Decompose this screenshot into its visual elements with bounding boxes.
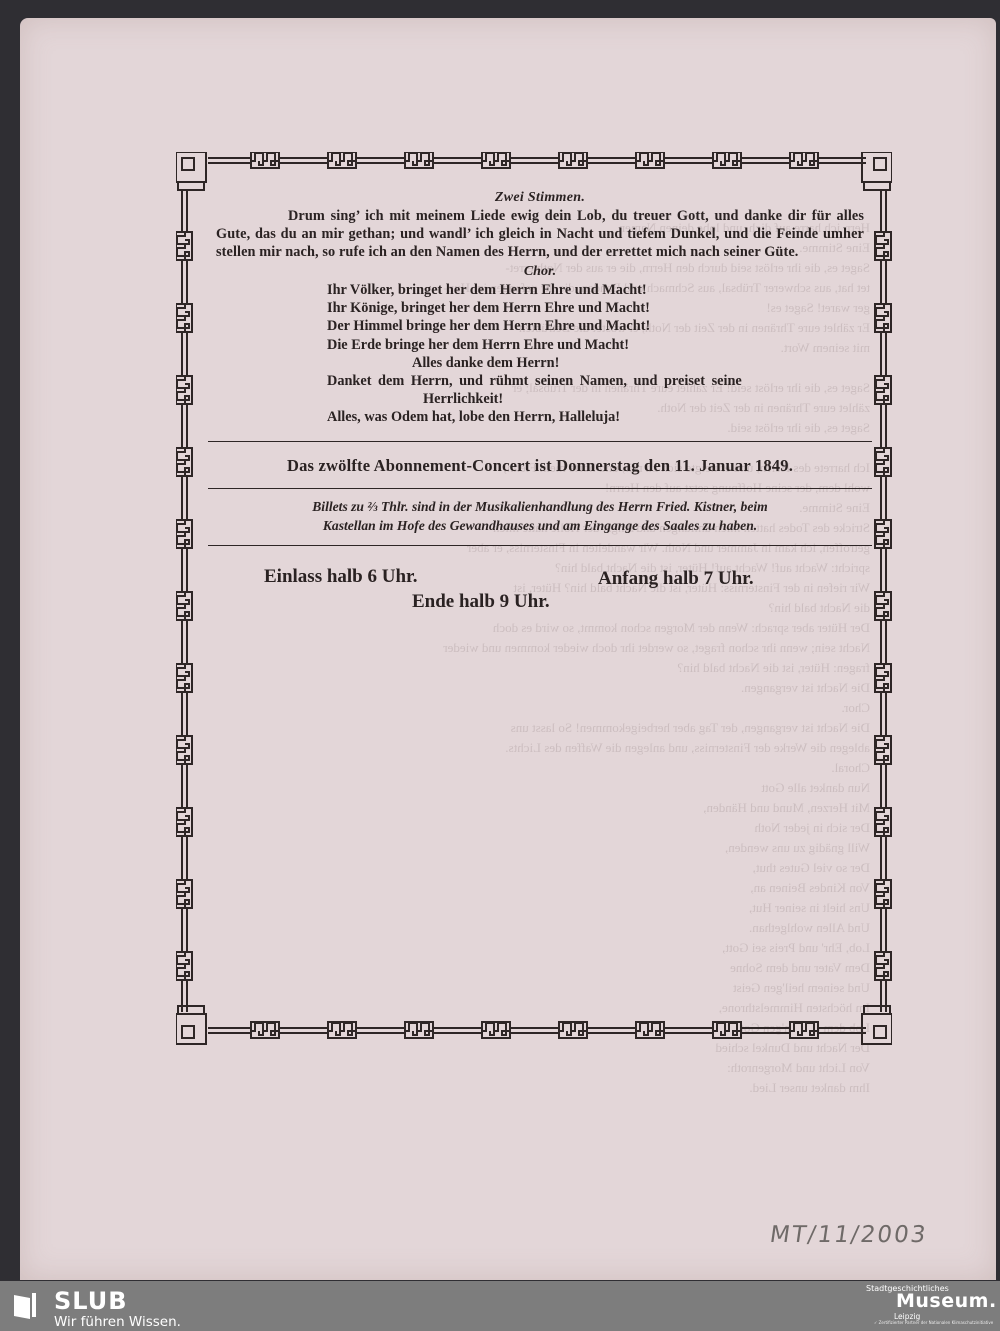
chorus-line: Alles danke dem Herrn!	[412, 354, 864, 372]
chorus-line: Ihr Völker, bringet her dem Herrn Ehre u…	[327, 281, 864, 299]
chorus-line: Ihr Könige, bringet her dem Herrn Ehre u…	[327, 299, 864, 317]
schedule: Einlass halb 6 Uhr. Anfang halb 7 Uhr. E…	[216, 566, 864, 626]
ticket-info: Billets zu ⅔ Thlr. sind in der Musikalie…	[216, 489, 864, 545]
slub-logo-text[interactable]: SLUB	[54, 1287, 128, 1315]
chorus-line: Alles, was Odem hat, lobe den Herrn, Hal…	[327, 408, 864, 426]
museum-certification: ✓ Zertifizierter Partner der Nationalen …	[874, 1320, 993, 1325]
ticket-info-line: Kastellan im Hofe des Gewandhauses und a…	[216, 516, 864, 535]
section-title: Zwei Stimmen.	[216, 190, 864, 206]
museum-logo-text[interactable]: Museum.	[896, 1290, 997, 1312]
chorus-title: Chor.	[216, 264, 864, 280]
chorus-line: Herrlichkeit!	[423, 390, 864, 408]
start-time: Anfang halb 7 Uhr.	[598, 568, 754, 590]
document-content: Zwei Stimmen. Drum sing’ ich mit meinem …	[216, 190, 864, 626]
verse-text: Drum sing’ ich mit meinem Liede ewig dei…	[216, 208, 864, 260]
divider	[208, 545, 872, 546]
shelfmark-handwritten: MT/11/2003	[768, 1222, 929, 1248]
bleed-line: Von Licht und Morgenroth:	[170, 1058, 870, 1078]
slub-tagline: Wir führen Wissen.	[54, 1314, 181, 1330]
chorus-line: Die Erde bringe her dem Herrn Ehre und M…	[327, 336, 864, 354]
slub-book-icon	[14, 1293, 36, 1319]
concert-notice: Das zwölfte Abonnement-Concert ist Donne…	[216, 442, 864, 488]
ticket-info-line: Billets zu ⅔ Thlr. sind in der Musikalie…	[216, 497, 864, 516]
footer-bar: SLUB Wir führen Wissen. Stadtgeschichtli…	[0, 1281, 1000, 1331]
end-time: Ende halb 9 Uhr.	[412, 591, 550, 613]
admission-time: Einlass halb 6 Uhr.	[264, 566, 417, 588]
chorus-line: Der Himmel bringe her dem Herrn Ehre und…	[327, 317, 864, 335]
verse-paragraph: Drum sing’ ich mit meinem Liede ewig dei…	[216, 207, 864, 261]
chorus-line: Danket dem Herrn, und rühmt seinen Namen…	[327, 372, 864, 390]
bleed-line: Ihm danket unser Lied.	[170, 1078, 870, 1098]
chorus-block: Ihr Völker, bringet her dem Herrn Ehre u…	[327, 281, 864, 427]
